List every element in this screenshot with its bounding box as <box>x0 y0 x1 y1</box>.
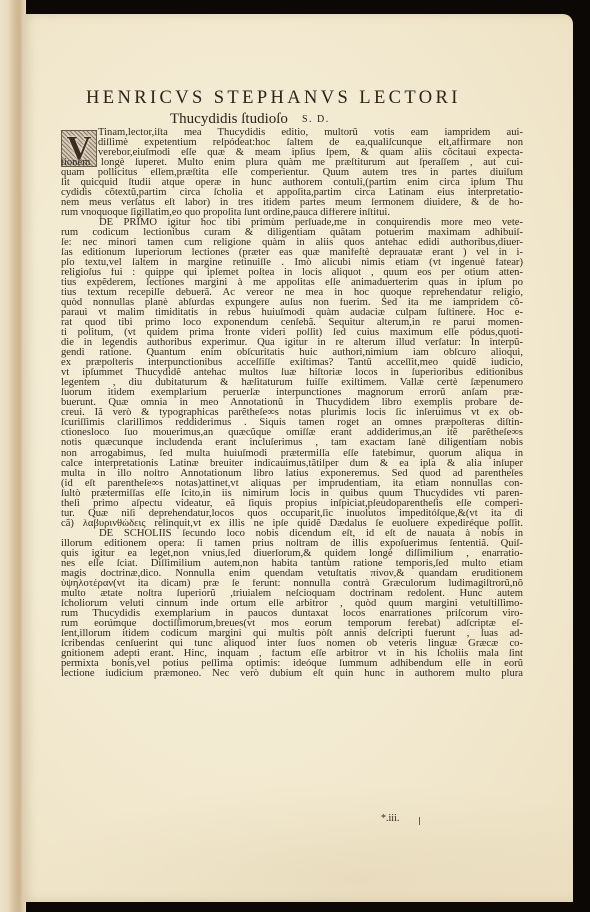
text-line: gnitionem adepti erant. Hinc, inquam , f… <box>61 649 523 659</box>
text-line: quis igitur ea leget,non vnius,ſed diuer… <box>61 549 523 559</box>
text-line: ex præpoſteris interpunctionibus acceſſi… <box>61 358 523 368</box>
text-line: ſas editionum ſuperiorum lectiones (præt… <box>61 248 523 258</box>
text-line: ſultò prætermiſſas eſſe ſcito,in iis nim… <box>61 489 523 499</box>
text-line: ſcribendas cenſuerint qui tunc aliquod i… <box>61 639 523 649</box>
text-line: lectione iudicium præmoneo. Nec verò dub… <box>61 669 523 679</box>
text-line: buerunt. Quæ omnia in meo Annotationũ in… <box>61 398 523 408</box>
text-line: creui. Iã verò & typographicas parẽtheſe… <box>61 408 523 418</box>
text-line: calce interpretationis Latinæ breuiter i… <box>61 459 523 469</box>
text-line: rum Thucydidis exemplarium in paucos dun… <box>61 609 523 619</box>
text-line: tius textum recepiſſe debuerã. Ac vereor… <box>61 288 523 298</box>
section-start-de-scholiis: DE SCHOLIIS ſecundo loco nobis dicendum … <box>61 529 523 539</box>
text-line: ti poſitum, (vt quidem prima fronte vide… <box>61 328 523 338</box>
text-line: ſuorum itidem exemplarium peruerſæ inter… <box>61 388 523 398</box>
text-line: quam pollicitus eſſem,præſtita eſſe comp… <box>61 168 523 178</box>
text-line: multa in illo noſtro Annotationum libro … <box>61 469 523 479</box>
text-line: multo ætate noſtra ſuperiorũ ,triuialem … <box>61 589 523 599</box>
body-text: Tinam,lector,iſta mea Thucydidis editio,… <box>61 128 523 679</box>
text-line: nem meus verſatus eſt labor) in tres iti… <box>61 198 523 208</box>
text-line: ſcholiorum veluti cinnum inde ortum eſſe… <box>61 599 523 609</box>
text-line: rum codicum lectionibus curam & diligent… <box>61 228 523 238</box>
text-line: cydidis cõtextũ,partim circa ſcholia et … <box>61 188 523 198</box>
text-line: notis quæcunque includenda erant incluſe… <box>61 438 523 448</box>
text-line: tionem longè ſuperet. Multo enim plura q… <box>61 158 523 168</box>
text-line: illorum editionem opera: ſi tamen prius … <box>61 539 523 549</box>
text-line: paraui vt malim timiditatis in rebus hui… <box>61 308 523 318</box>
text-line: rum eorúmque doctiſſimorum,breues(vt mos… <box>61 619 523 629</box>
text-line: ctionesloco ſuo mouerimus,an quæcũque om… <box>61 428 523 438</box>
text-line: gendi ratione. Quantum enim obſcuritatis… <box>61 348 523 358</box>
text-line: Tinam,lector,iſta mea Thucydidis editio,… <box>61 128 523 138</box>
page-subheading: Thucydidis ſtudioſo <box>170 111 288 128</box>
text-line: magis doctrinæ,dico. Nonnulla enim quend… <box>61 569 523 579</box>
text-line: cã) λαβυρινθώδεις relinquit,vt ex illis … <box>61 519 523 529</box>
text-line: tius expẽderem, lectiones margini à me a… <box>61 278 523 288</box>
text-line: ὑψηλοτέραν(vt ita dicam) præ ſe ferunt: … <box>61 579 523 589</box>
text-line: nes eſſe ſciat. Diſſimilium autem,non ha… <box>61 559 523 569</box>
text-line: (id eſt parentheſe∞s notas)attinet,vt al… <box>61 479 523 489</box>
page-heading: HENRICVS STEPHANVS LECTORI <box>86 88 446 109</box>
text-line: non arrogabimus, ſed multa huiuſmodi præ… <box>61 449 523 459</box>
text-line: die in legendis authoribus experimur. Qu… <box>61 338 523 348</box>
text-line: rum vnoquoque ſigillatim,eo quo propoſit… <box>61 208 523 218</box>
text-line: permixta bonis,vel potius peſſima optimi… <box>61 659 523 669</box>
text-line: pſo textu,vel ſaltem in margine retinuiſ… <box>61 258 523 268</box>
text-line: ſe: nec minori tamen cum religione quàm … <box>61 238 523 248</box>
text-line: quòd nonnullas planè abſurdas expungere … <box>61 298 523 308</box>
text-line: vt ipſummet Thucydidẽ antehac multos ſuæ… <box>61 368 523 378</box>
text-line: religioſus fui : quippe qui ipſemet poſt… <box>61 268 523 278</box>
section-start-de-primo: DE PRIMO igitur hoc tibi primùm perſuade… <box>61 218 523 228</box>
text-line: tur. Quæ niſi deprehendatur,locos quos o… <box>61 509 523 519</box>
text-line: legentem , diu dubitaturum & hæſitaturum… <box>61 378 523 388</box>
text-line: ſent,illorum itidem codicum margini qui … <box>61 629 523 639</box>
signature-mark: *.iii. <box>381 813 399 824</box>
salutation: S. D. <box>302 114 330 125</box>
text-line: theſi primo aſpectu videatur, eã ſiquis … <box>61 499 523 509</box>
text-line: ſcuriſſimis clariſſimos reddiderimus . S… <box>61 418 523 428</box>
text-line: verebor,eiuſmodi eſſe quæ & meam ipſius … <box>61 148 523 158</box>
text-line: rat quod tibi primo loco exponendum cenſ… <box>61 318 523 328</box>
text-line: diſſimè expetentium reſpódeat:hoc ſaltem… <box>61 138 523 148</box>
catchword-tick <box>419 817 420 825</box>
text-line: ſit quicquid ſtudii atque operæ in hunc … <box>61 178 523 188</box>
